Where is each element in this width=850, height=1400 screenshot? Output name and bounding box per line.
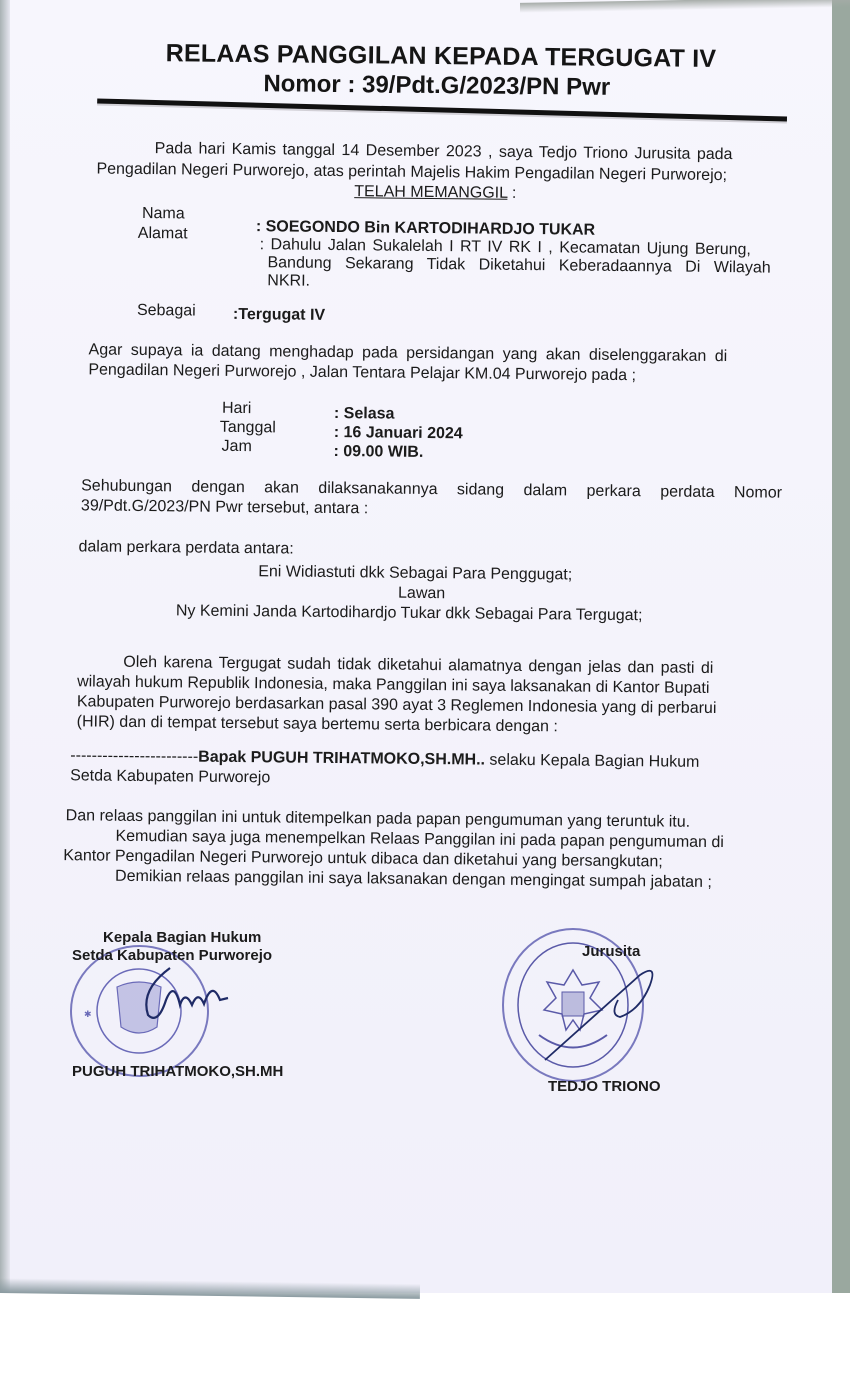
met-role-line-2: Setda Kabupaten Purworejo [70, 766, 270, 788]
hearing-date-label: Tanggal [220, 419, 276, 438]
met-dashes: ------------------------ [70, 747, 198, 765]
right-signature-icon [540, 955, 660, 1065]
reason-line-4: (HIR) dan di tempat tersebut saya bertem… [77, 712, 558, 737]
met-role: selaku Kepala Bagian Hukum [485, 752, 700, 771]
address-line-2: Bandung Sekarang Tidak Diketahui Keberad… [267, 254, 770, 277]
summon-heading: TELAH MEMANGGIL : [354, 182, 516, 204]
right-signatory-title: Jurusita [582, 942, 640, 962]
defendant: Ny Kemini Janda Kartodihardjo Tukar dkk … [176, 601, 643, 626]
plaintiff: Eni Widiastuti dkk Sebagai Para Pengguga… [258, 562, 572, 585]
left-signature-icon [130, 960, 240, 1030]
hearing-time-value: : 09.00 WIB. [333, 443, 423, 462]
versus-label: Lawan [398, 584, 445, 604]
title-rule [97, 98, 787, 121]
met-person: Bapak PUGUH TRIHATMOKO,SH.MH.. [198, 749, 485, 769]
document-number: Nomor : 39/Pdt.G/2023/PN Pwr [263, 70, 610, 102]
address-line-3: NKRI. [267, 272, 310, 290]
summon-heading-text: TELAH MEMANGGIL [354, 183, 507, 202]
hearing-time-label: Jam [221, 438, 251, 456]
left-signatory-title-1: Kepala Bagian Hukum [103, 928, 261, 948]
right-signatory-name: TEDJO TRIONO [548, 1077, 661, 1097]
svg-text:✱: ✱ [84, 1010, 92, 1020]
left-signatory-name: PUGUH TRIHATMOKO,SH.MH [72, 1062, 283, 1082]
case-line-2: 39/Pdt.G/2023/PN Pwr tersebut, antara : [81, 496, 368, 519]
parties-intro: dalam perkara perdata antara: [78, 537, 293, 559]
hearing-day-label: Hari [222, 400, 252, 418]
name-label: Nama [142, 205, 185, 223]
role-label: Sebagai [137, 302, 196, 321]
hearing-date-value: : 16 Januari 2024 [334, 424, 463, 443]
document-page: RELAAS PANGGILAN KEPADA TERGUGAT IV Nomo… [0, 0, 850, 1293]
role-value: :Tergugat IV [233, 306, 325, 325]
hearing-day-value: : Selasa [334, 405, 395, 424]
address-label: Alamat [138, 225, 188, 244]
document-title: RELAAS PANGGILAN KEPADA TERGUGAT IV [166, 39, 717, 74]
summon-heading-colon: : [507, 185, 516, 202]
